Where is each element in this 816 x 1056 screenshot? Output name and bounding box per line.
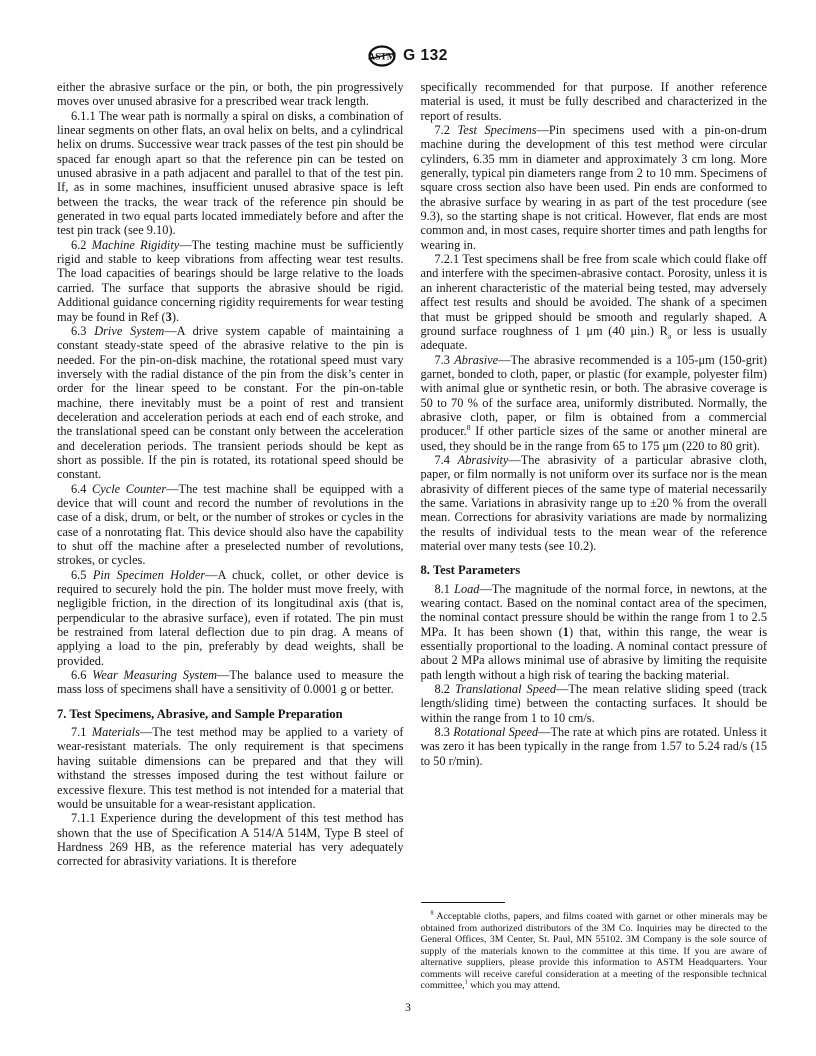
page-number: 3 (0, 1002, 816, 1014)
paragraph: 7.2.1 Test specimens shall be free from … (421, 252, 768, 352)
paragraph: 6.2 Machine Rigidity—The testing machine… (57, 238, 404, 324)
right-column-text: specifically recommended for that purpos… (421, 80, 768, 768)
document-header: ASTM G 132 (0, 44, 816, 68)
footnote-separator (421, 902, 505, 903)
paragraph: specifically recommended for that purpos… (421, 80, 768, 123)
paragraph: 7.4 Abrasivity—The abrasivity of a parti… (421, 453, 768, 553)
paragraph: 6.4 Cycle Counter—The test machine shall… (57, 482, 404, 568)
paragraph: 8.1 Load—The magnitude of the normal for… (421, 582, 768, 682)
right-column: specifically recommended for that purpos… (421, 80, 768, 992)
paragraph: 6.5 Pin Specimen Holder—A chuck, collet,… (57, 568, 404, 668)
paragraph: 6.6 Wear Measuring System—The balance us… (57, 668, 404, 697)
astm-logo-icon: ASTM (368, 45, 396, 67)
document-page: ASTM G 132 either the abrasive surface o… (0, 0, 816, 1056)
footnote-text: 8 Acceptable cloths, papers, and films c… (421, 911, 768, 992)
paragraph: 8.2 Translational Speed—The mean relativ… (421, 682, 768, 725)
paragraph: 7.1 Materials—The test method may be app… (57, 725, 404, 811)
paragraph: 8.3 Rotational Speed—The rate at which p… (421, 725, 768, 768)
astm-logo-text: ASTM (368, 53, 395, 63)
paragraph: 7.3 Abrasive—The abrasive recommended is… (421, 353, 768, 453)
paragraph: either the abrasive surface or the pin, … (57, 80, 404, 109)
paragraph: 6.3 Drive System—A drive system capable … (57, 324, 404, 482)
footnote-block: 8 Acceptable cloths, papers, and films c… (421, 902, 768, 992)
paragraph: 6.1.1 The wear path is normally a spiral… (57, 109, 404, 238)
paragraph: 7.2 Test Specimens—Pin specimens used wi… (421, 123, 768, 252)
left-column: either the abrasive surface or the pin, … (57, 80, 404, 992)
section-heading: 7. Test Specimens, Abrasive, and Sample … (57, 707, 404, 721)
section-heading: 8. Test Parameters (421, 563, 768, 577)
paragraph: 7.1.1 Experience during the development … (57, 811, 404, 868)
two-column-text-area: either the abrasive surface or the pin, … (57, 80, 767, 992)
standard-code: G 132 (403, 47, 448, 65)
